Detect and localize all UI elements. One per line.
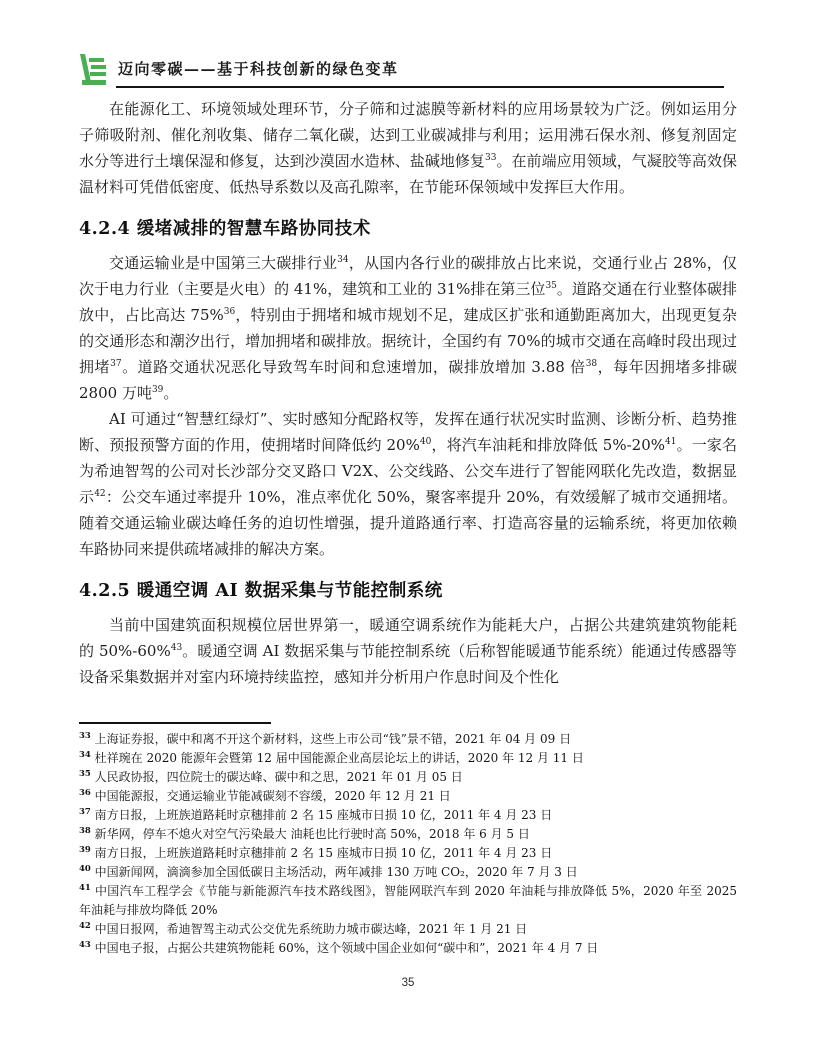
footnote-item: 40 中国新闻网，滴滴参加全国低碳日主场活动，两年减排 130 万吨 CO₂，2… [79,863,737,882]
footnote-number: 37 [79,807,91,817]
footnote-separator [79,722,271,724]
footnote-ref: 33 [485,153,496,163]
footnote-text: 南方日报，上班族道路耗时京穗排前 2 名 15 座城市日损 10 亿，2011 … [91,808,552,822]
footnote-text: 中国新闻网，滴滴参加全国低碳日主场活动，两年减排 130 万吨 CO₂，2020… [91,865,578,879]
footnote-ref: 35 [545,281,556,291]
footnote-number: 34 [79,750,91,760]
footnote-text: 中国日报网，希迪智驾主动式公交优先系统助力城市碳达峰，2021 年 1 月 21… [91,922,527,936]
footnote-item: 42 中国日报网，希迪智驾主动式公交优先系统助力城市碳达峰，2021 年 1 月… [79,920,737,939]
footnote-number: 40 [79,864,91,874]
footnote-number: 41 [79,883,91,893]
footnote-item: 39 南方日报，上班族道路耗时京穗排前 2 名 15 座城市日损 10 亿，20… [79,844,737,863]
section-heading-424: 4.2.4 缓堵减排的智慧车路协同技术 [79,216,737,242]
footnote-number: 38 [79,826,91,836]
footnote-ref: 38 [586,359,597,369]
footnote-text: 南方日报，上班族道路耗时京穗排前 2 名 15 座城市日损 10 亿，2011 … [91,846,552,860]
footnote-item: 38 新华网，停车不熄火对空气污染最大 油耗也比行驶时高 50%，2018 年 … [79,825,737,844]
footnote-ref: 37 [110,359,121,369]
section-heading-425: 4.2.5 暖通空调 AI 数据采集与节能控制系统 [79,578,737,604]
paragraph-intro: 在能源化工、环境领域处理环节，分子筛和过滤膜等新材料的应用场景较为广泛。例如运用… [79,96,737,200]
footnote-ref: 34 [337,255,348,265]
footnote-ref: 41 [665,437,676,447]
footnote-item: 34 杜祥琬在 2020 能源年会暨第 12 届中国能源企业高层论坛上的讲话，2… [79,749,737,768]
footnote-text: 人民政协报，四位院士的碳达峰、碳中和之思，2021 年 01 月 05 日 [91,770,463,784]
footnote-ref: 36 [224,307,235,317]
footnote-text: 中国电子报，占据公共建筑物能耗 60%，这个领域中国企业如何“碳中和”，2021… [91,941,598,955]
footnote-number: 36 [79,788,91,798]
footnote-text: 新华网，停车不熄火对空气污染最大 油耗也比行驶时高 50%，2018 年 6 月… [91,827,530,841]
paragraph-424-1: 交通运输业是中国第三大碳排行业34，从国内各行业的碳排放占比来说，交通行业占 2… [79,250,737,406]
paragraph-425-1: 当前中国建筑面积规模位居世界第一，暖通空调系统作为能耗大户，占据公共建筑建筑物能… [79,612,737,690]
footnote-item: 35 人民政协报，四位院士的碳达峰、碳中和之思，2021 年 01 月 05 日 [79,768,737,787]
report-logo-icon [78,52,108,90]
body-content: 在能源化工、环境领域处理环节，分子筛和过滤膜等新材料的应用场景较为广泛。例如运用… [79,96,737,690]
footnote-text: 中国能源报，交通运输业节能减碳刻不容缓，2020 年 12 月 21 日 [91,789,451,803]
page-number: 35 [0,977,816,989]
footnote-ref: 40 [420,437,431,447]
report-title: 迈向零碳——基于科技创新的绿色变革 [118,60,399,78]
footnote-number: 39 [79,845,91,855]
footnote-number: 42 [79,921,91,931]
footnote-number: 35 [79,769,91,779]
document-page: 迈向零碳——基于科技创新的绿色变革 在能源化工、环境领域处理环节，分子筛和过滤膜… [0,0,816,1056]
footnotes-section: 33 上海证券报，碳中和离不开这个新材料，这些上市公司“钱”景不错，2021 年… [79,722,737,958]
footnote-ref: 42 [94,489,105,499]
footnote-ref: 39 [152,385,163,395]
footnote-ref: 43 [171,643,182,653]
header-rule: 迈向零碳——基于科技创新的绿色变革 [116,58,724,88]
paragraph-424-2: AI 可通过“智慧红绿灯”、实时感知分配路权等，发挥在通行状况实时监测、诊断分析… [79,406,737,562]
footnote-text: 上海证券报，碳中和离不开这个新材料，这些上市公司“钱”景不错，2021 年 04… [91,732,571,746]
footnote-number: 33 [79,731,91,741]
footnote-item: 43 中国电子报，占据公共建筑物能耗 60%，这个领域中国企业如何“碳中和”，2… [79,939,737,958]
footnote-text: 杜祥琬在 2020 能源年会暨第 12 届中国能源企业高层论坛上的讲话，2020… [91,751,584,765]
footnote-item: 36 中国能源报，交通运输业节能减碳刻不容缓，2020 年 12 月 21 日 [79,787,737,806]
page-header: 迈向零碳——基于科技创新的绿色变革 [78,50,724,88]
footnote-number: 43 [79,940,91,950]
footnote-item: 37 南方日报，上班族道路耗时京穗排前 2 名 15 座城市日损 10 亿，20… [79,806,737,825]
footnote-text: 中国汽车工程学会《节能与新能源汽车技术路线图》，智能网联汽车到 2020 年油耗… [79,884,737,917]
footnote-item: 33 上海证券报，碳中和离不开这个新材料，这些上市公司“钱”景不错，2021 年… [79,730,737,749]
footnote-item: 41 中国汽车工程学会《节能与新能源汽车技术路线图》，智能网联汽车到 2020 … [79,882,737,920]
footnote-list: 33 上海证券报，碳中和离不开这个新材料，这些上市公司“钱”景不错，2021 年… [79,730,737,958]
